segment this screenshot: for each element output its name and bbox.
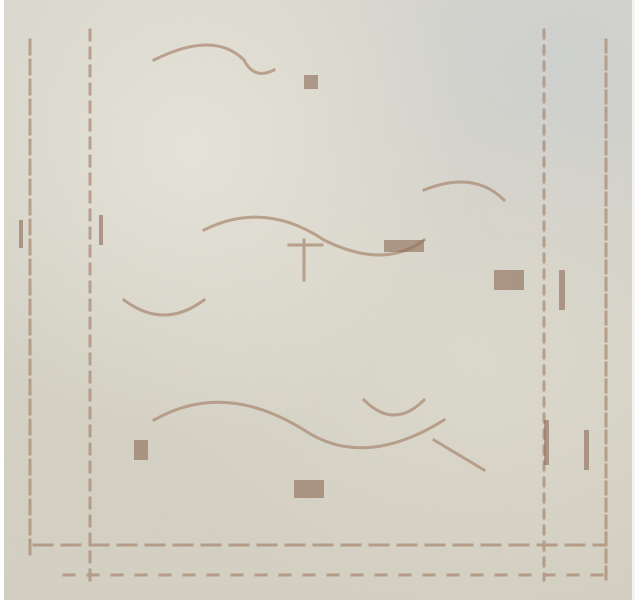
rug-pattern <box>4 0 632 600</box>
rug-photo <box>4 0 632 600</box>
